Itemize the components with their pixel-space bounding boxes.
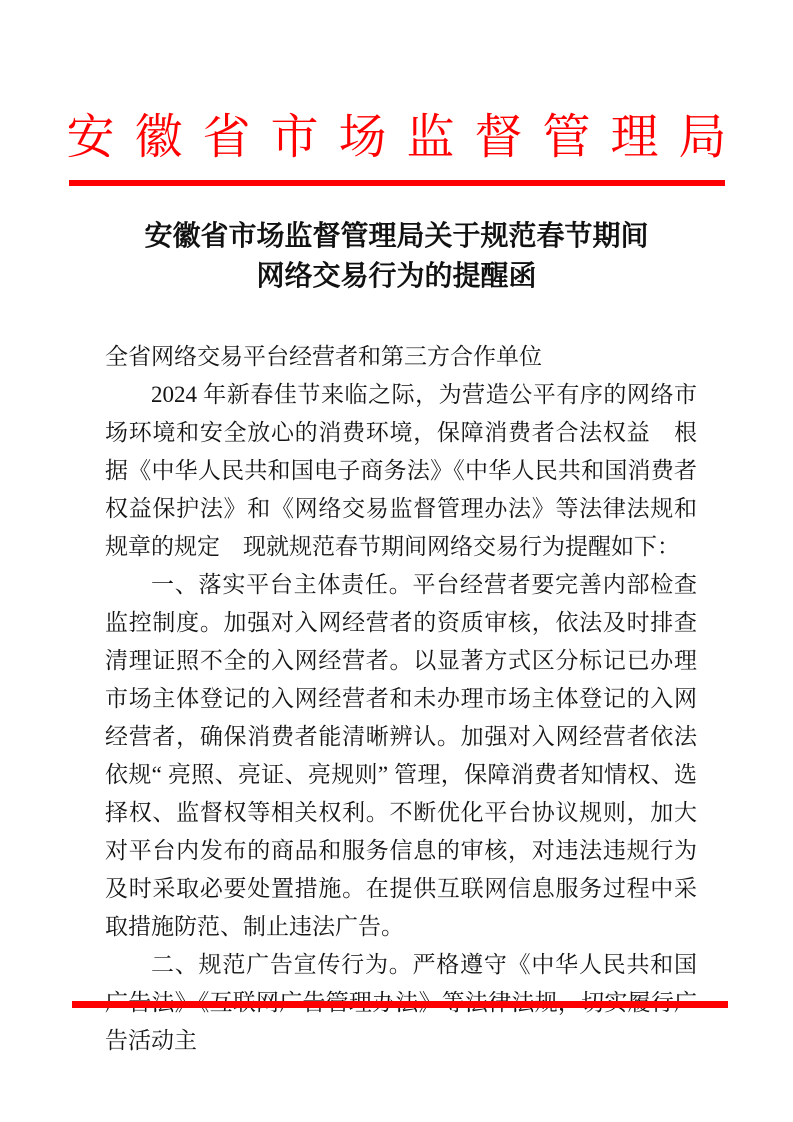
- salutation: 全省网络交易平台经营者和第三方合作单位: [105, 338, 697, 376]
- document-title-line-1: 安徽省市场监督管理局关于规范春节期间: [0, 216, 793, 256]
- document-title: 安徽省市场监督管理局关于规范春节期间 网络交易行为的提醒函: [0, 216, 793, 296]
- letterhead: 安徽省市场监督管理局: [0, 0, 793, 186]
- footer-double-rule: [72, 1001, 728, 1008]
- document-page: 安徽省市场监督管理局 安徽省市场监督管理局关于规范春节期间 网络交易行为的提醒函…: [0, 0, 793, 1122]
- agency-name: 安徽省市场监督管理局: [0, 112, 793, 165]
- letterhead-double-rule: [69, 180, 725, 186]
- document-title-line-2: 网络交易行为的提醒函: [0, 256, 793, 296]
- paragraph-item-1: 一、落实平台主体责任。平台经营者要完善内部检查监控制度。加强对入网经营者的资质审…: [105, 566, 697, 946]
- document-body: 全省网络交易平台经营者和第三方合作单位 2024 年新春佳节来临之际，为营造公平…: [105, 338, 697, 1060]
- paragraph-intro: 2024 年新春佳节来临之际，为营造公平有序的网络市场环境和安全放心的消费环境，…: [105, 376, 697, 566]
